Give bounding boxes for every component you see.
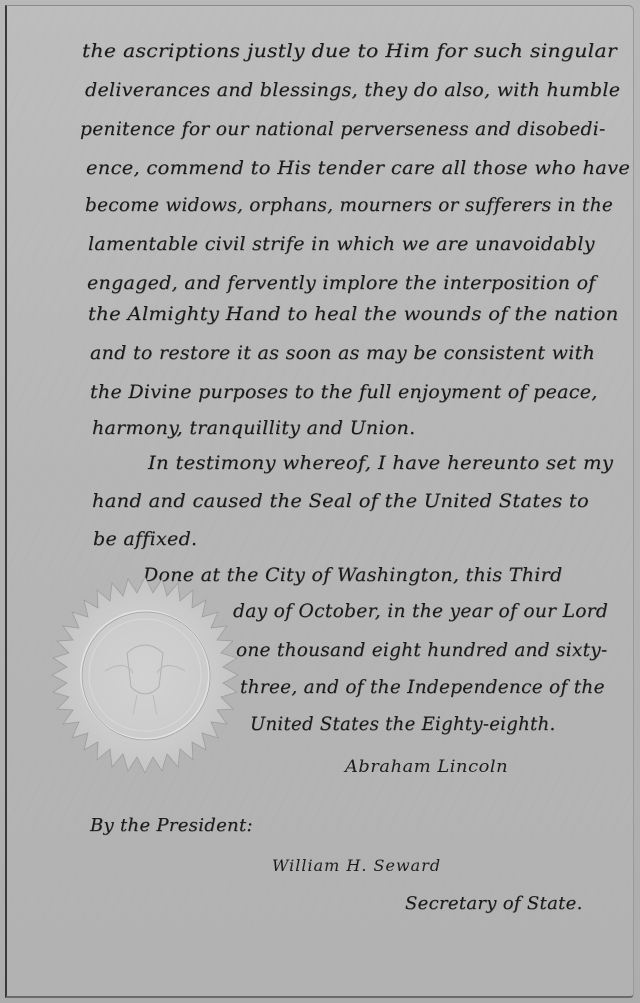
body-line-7: engaged, and fervently implore the inter…	[87, 272, 596, 294]
testimony-line-2: hand and caused the Seal of the United S…	[92, 490, 589, 512]
document-page: the ascriptions justly due to Him for su…	[0, 0, 640, 1003]
body-line-9: and to restore it as soon as may be cons…	[90, 342, 595, 364]
signature-secretary: William H. Seward	[272, 856, 441, 875]
body-line-2: deliverances and blessings, they do also…	[85, 79, 620, 101]
dating-line-3: one thousand eight hundred and sixty-	[236, 639, 608, 661]
attestation-label: By the President:	[90, 815, 253, 836]
dating-line-4: three, and of the Independence of the	[240, 676, 605, 698]
secretary-title: Secretary of State.	[405, 893, 583, 914]
body-line-10: the Divine purposes to the full enjoymen…	[90, 381, 598, 403]
dating-line-2: day of October, in the year of our Lord	[233, 600, 608, 622]
embossed-seal-icon	[45, 575, 245, 775]
body-line-11: harmony, tranquillity and Union.	[92, 417, 415, 439]
body-line-6: lamentable civil strife in which we are …	[88, 233, 595, 255]
dating-line-5: United States the Eighty-eighth.	[250, 713, 555, 735]
testimony-line-1: In testimony whereof, I have hereunto se…	[148, 452, 613, 474]
body-line-1: the ascriptions justly due to Him for su…	[82, 40, 617, 62]
body-line-3: penitence for our national perverseness …	[80, 118, 606, 140]
testimony-line-3: be affixed.	[93, 528, 197, 550]
body-line-8: the Almighty Hand to heal the wounds of …	[88, 303, 619, 325]
body-line-5: become widows, orphans, mourners or suff…	[85, 194, 613, 216]
body-line-4: ence, commend to His tender care all tho…	[86, 157, 630, 179]
signature-president: Abraham Lincoln	[345, 757, 508, 777]
